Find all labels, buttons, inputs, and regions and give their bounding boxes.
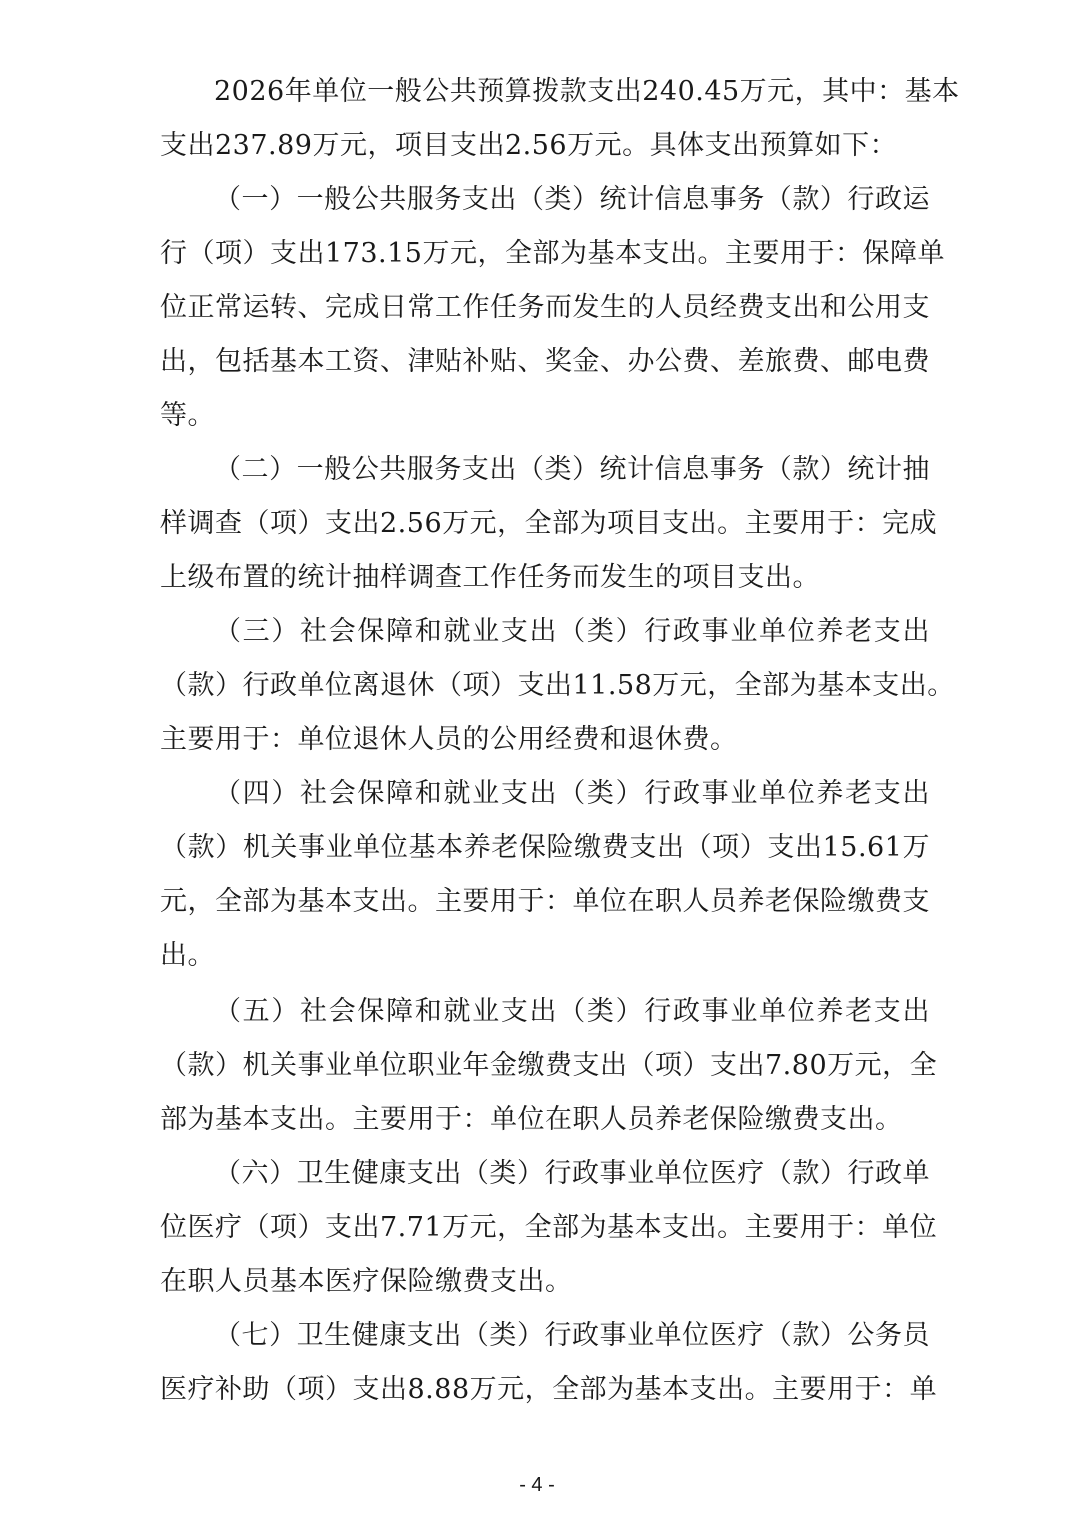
text-line: （款）机关事业单位职业年金缴费支出（项）支出7.80万元，全 [160,1046,930,1086]
text-line: 出，包括基本工资、津贴补贴、奖金、办公费、差旅费、邮电费 [160,342,930,382]
text-line: （七）卫生健康支出（类）行政事业单位医疗（款）公务员 [214,1316,930,1356]
text-line: 部为基本支出。主要用于：单位在职人员养老保险缴费支出。 [160,1100,930,1140]
text-line: （六）卫生健康支出（类）行政事业单位医疗（款）行政单 [214,1154,930,1194]
text-line: （三）社会保障和就业支出（类）行政事业单位养老支出 [214,612,930,652]
text-line: 在职人员基本医疗保险缴费支出。 [160,1262,930,1302]
text-line: 元，全部为基本支出。主要用于：单位在职人员养老保险缴费支 [160,882,930,922]
text-line: （五）社会保障和就业支出（类）行政事业单位养老支出 [214,992,930,1032]
text-line: （一）一般公共服务支出（类）统计信息事务（款）行政运 [214,180,930,220]
text-line: （款）行政单位离退休（项）支出11.58万元，全部为基本支出。 [160,666,930,706]
text-line: 医疗补助（项）支出8.88万元，全部为基本支出。主要用于：单 [160,1370,930,1410]
text-line: 上级布置的统计抽样调查工作任务而发生的项目支出。 [160,558,930,598]
text-line: （四）社会保障和就业支出（类）行政事业单位养老支出 [214,774,930,814]
text-line: 位医疗（项）支出7.71万元，全部为基本支出。主要用于：单位 [160,1208,930,1248]
page-number: - 4 - [0,1474,1074,1497]
text-line: 主要用于：单位退休人员的公用经费和退休费。 [160,720,930,760]
text-line: 样调查（项）支出2.56万元，全部为项目支出。主要用于：完成 [160,504,930,544]
text-line: 行（项）支出173.15万元，全部为基本支出。主要用于：保障单 [160,234,930,274]
text-line: 位正常运转、完成日常工作任务而发生的人员经费支出和公用支 [160,288,930,328]
text-line: 支出237.89万元，项目支出2.56万元。具体支出预算如下： [160,126,930,166]
text-line: 等。 [160,396,930,436]
document-page: 2026年单位一般公共预算拨款支出240.45万元，其中：基本 支出237.89… [0,0,1074,1520]
text-line: （款）机关事业单位基本养老保险缴费支出（项）支出15.61万 [160,828,930,868]
text-line: 2026年单位一般公共预算拨款支出240.45万元，其中：基本 [214,72,930,112]
text-line: 出。 [160,936,930,976]
text-line: （二）一般公共服务支出（类）统计信息事务（款）统计抽 [214,450,930,490]
